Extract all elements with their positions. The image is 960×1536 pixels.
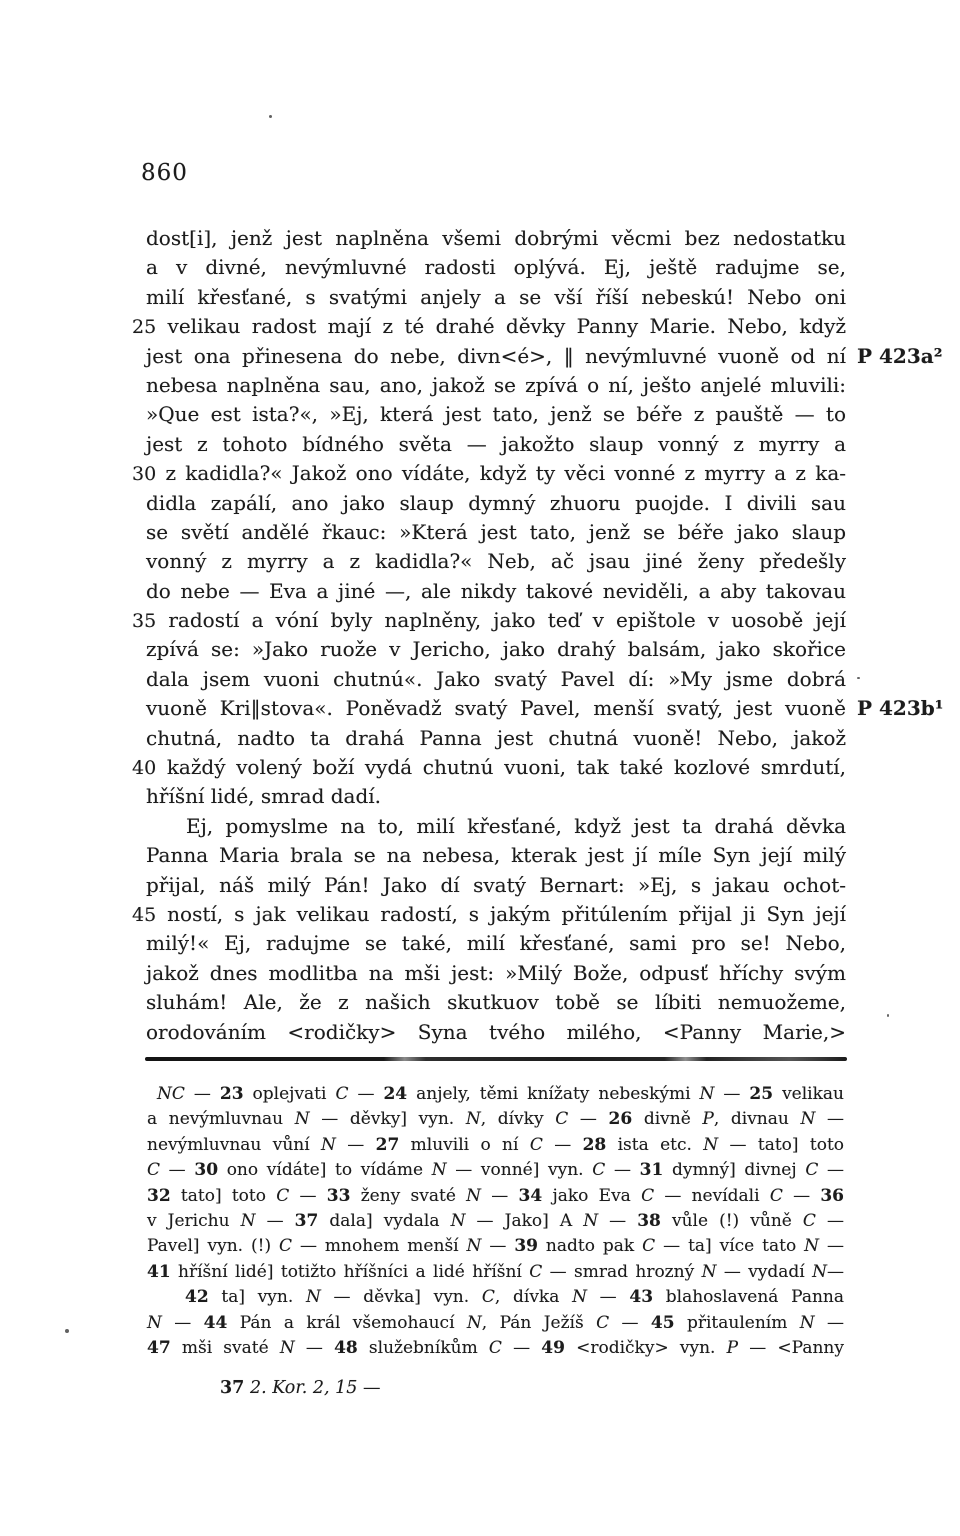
apparatus-divider-rule [145,1057,847,1061]
body-line: Panna Maria brala se na nebesa, kterak j… [146,841,846,870]
body-line: 45 ností, s jak velikau radostí, s jakým… [132,900,846,929]
body-line: milí křesťané, s svatými anjely a se vší… [146,283,846,312]
main-text-block: dost[i], jenž jest naplněna všemi dobrým… [146,224,846,1047]
body-line: dost[i], jenž jest naplněna všemi dobrým… [146,224,846,253]
source-footnote: 37 2. Kor. 2, 15 — [220,1378,381,1398]
body-line: do nebe — Eva a jiné —, ale nikdy takové… [146,577,846,606]
scan-speck [857,677,860,679]
critical-apparatus: NC — 23 oplejvati C — 24 anjely, těmi kn… [147,1082,844,1361]
body-line-text: velikau radost mají z té drahé děvky Pan… [168,314,846,338]
body-line-text: jest ona přinesena do nebe, divn<é>, ‖ n… [146,344,846,368]
body-line: hříšní lidé, smrad dadí. [146,782,846,811]
body-line: zpívá se: »Jako ruože v Jericho, jako dr… [146,635,846,664]
body-line-text: vuoně Kri‖stova«. Poněvadž svatý Pavel, … [146,696,846,720]
body-line: vuoně Kri‖stova«. Poněvadž svatý Pavel, … [146,694,846,723]
book-page: 860 dost[i], jenž jest naplněna všemi do… [0,0,960,1536]
apparatus-line: a nevýmluvnau N — děvky] vyn. N, dívky C… [147,1107,844,1132]
line-number: 25 [132,316,156,338]
apparatus-line: nevýmluvnau vůní N — 27 mluvili o ní C —… [147,1133,844,1158]
body-line-text: každý volený boží vydá chutnú vuoni, tak… [167,755,846,779]
body-line: se světí andělé řkauc: »Která jest tato,… [146,518,846,547]
body-line: milý!« Ej, radujme se také, milí křesťan… [146,929,846,958]
scan-speck [269,115,272,118]
body-line: didla zapálí, ano jako slaup dymný zhuor… [146,489,846,518]
apparatus-line: 41 hříšní lidé] totižto hříšníci a lidé … [147,1260,844,1285]
line-number: 40 [132,757,156,779]
body-line: jest ona přinesena do nebe, divn<é>, ‖ n… [146,342,846,371]
page-number: 860 [141,160,188,186]
line-number: 45 [132,904,156,926]
body-line: sluhám! Ale, že z našich skutkuov tobě s… [146,988,846,1017]
apparatus-line: 32 tato] toto C — 33 ženy svaté N — 34 j… [147,1184,844,1209]
apparatus-line: N — 44 Pán a král všemohaucí N, Pán Ježí… [147,1311,844,1336]
body-line: »Que est ista?«, »Ej, která jest tato, j… [146,400,846,429]
apparatus-line: 47 mši svaté N — 48 služebníkům C — 49 <… [147,1336,844,1361]
body-line-text: z kadidla?« Jakož ono vídáte, když ty vě… [165,461,846,485]
apparatus-line: 42 ta] vyn. N — děvka] vyn. C, dívka N —… [147,1285,844,1310]
apparatus-line: C — 30 ono vídáte] to vídáme N — vonné] … [147,1158,844,1183]
scan-speck [887,1014,889,1017]
body-line-text: radostí a vóní byly naplněny, jako teď v… [168,608,846,632]
body-line: jakož dnes modlitba na mši jest: »Milý B… [146,959,846,988]
scan-speck [65,1329,69,1333]
body-line: nebesa naplněna sau, ano, jakož se zpívá… [146,371,846,400]
body-line: orodováním <rodičky> Syna tvého milého, … [146,1018,846,1047]
body-line: přijal, náš milý Pán! Jako dí svatý Bern… [146,871,846,900]
body-line: dala jsem vuoni chutnú«. Jako svatý Pave… [146,665,846,694]
apparatus-line: Pavel] vyn. (!) C — mnohem menší N — 39 … [147,1234,844,1259]
body-line: Ej, pomyslme na to, milí křesťané, když … [146,812,846,841]
line-number: 30 [132,463,156,485]
body-line: jest z tohoto bídného světa — jakožto sl… [146,430,846,459]
apparatus-line: v Jerichu N — 37 dala] vydala N — Jako] … [147,1209,844,1234]
line-number: 35 [132,610,156,632]
manuscript-folio-note: P 423b¹ [857,694,944,723]
body-line: a v divné, nevýmluvné radosti oplývá. Ej… [146,253,846,282]
body-line: chutná, nadto ta drahá Panna jest chutná… [146,724,846,753]
body-line-text: ností, s jak velikau radostí, s jakým př… [167,902,846,926]
body-line: 25 velikau radost mají z té drahé děvky … [132,312,846,341]
manuscript-folio-note: P 423a² [857,342,942,371]
body-line: 40 každý volený boží vydá chutnú vuoni, … [132,753,846,782]
body-line: 35 radostí a vóní byly naplněny, jako te… [132,606,846,635]
body-line: vonný z myrry a z kadidla?« Neb, ač jsau… [146,547,846,576]
body-line: 30 z kadidla?« Jakož ono vídáte, když ty… [132,459,846,488]
apparatus-line: NC — 23 oplejvati C — 24 anjely, těmi kn… [147,1082,844,1107]
